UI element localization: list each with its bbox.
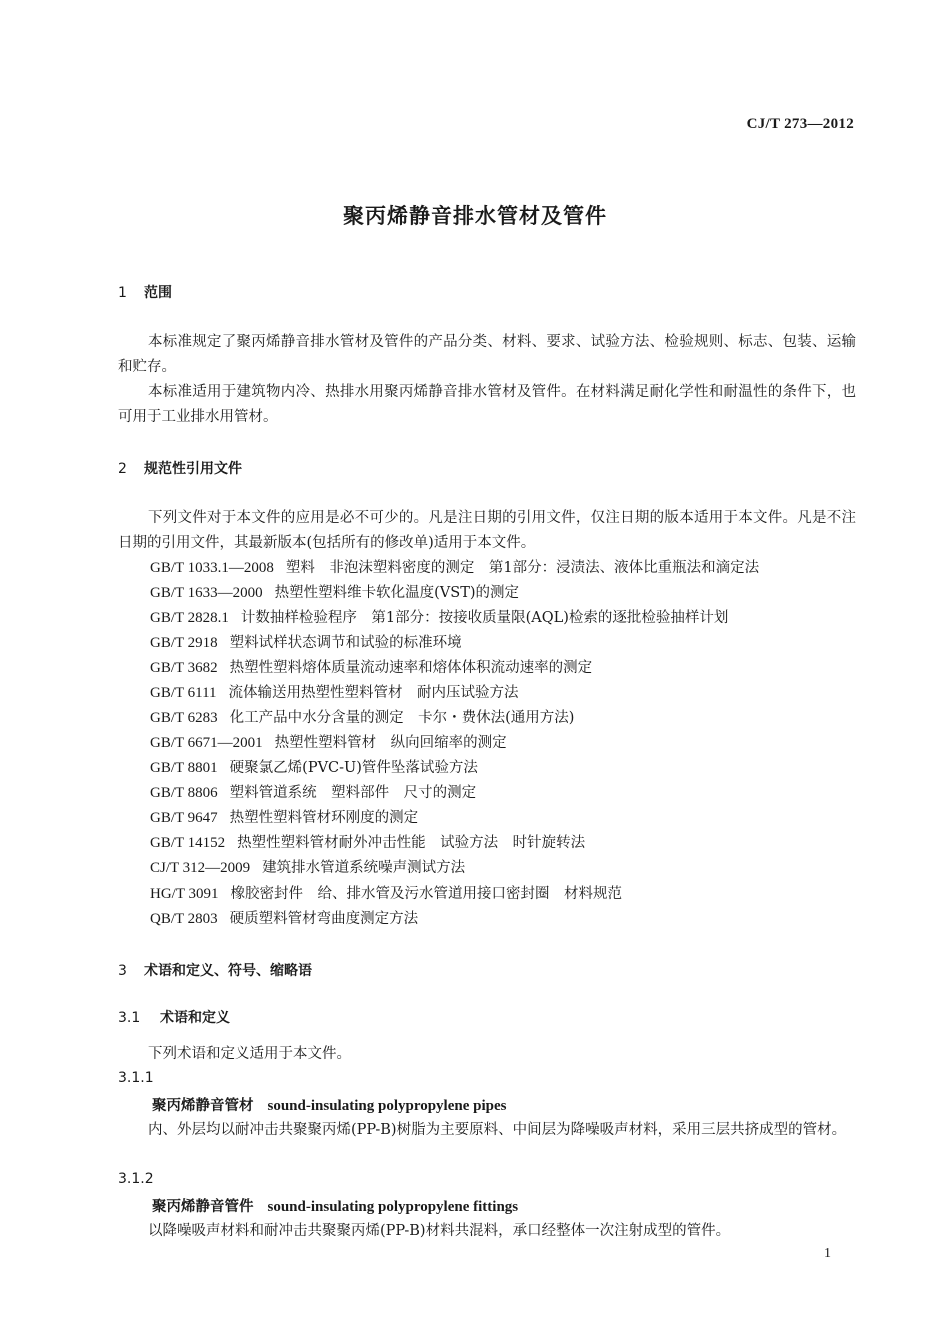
- subsection-3-1-heading: 3.1术语和定义: [118, 1007, 230, 1027]
- reference-code: GB/T 1633—2000: [150, 585, 263, 601]
- section-number: 2: [118, 461, 144, 477]
- reference-code: GB/T 6671—2001: [150, 735, 263, 751]
- reference-title: 计数抽样检验程序 第1部分：按接收质量限(AQL)检索的逐批检验抽样计划: [241, 610, 729, 626]
- term-en: sound-insulating polypropylene pipes: [268, 1098, 507, 1114]
- reference-item: QB/T 2803硬质塑料管材弯曲度测定方法: [150, 907, 418, 928]
- reference-code: QB/T 2803: [150, 911, 218, 927]
- reference-code: GB/T 8806: [150, 785, 218, 801]
- term-definition: 内、外层均以耐冲击共聚聚丙烯(PP-B)树脂为主要原料、中间层为降噪吸声材料，采…: [118, 1118, 856, 1143]
- reference-item: CJ/T 312—2009建筑排水管道系统噪声测试方法: [150, 856, 465, 877]
- page-number: 1: [824, 1246, 831, 1262]
- reference-title: 建筑排水管道系统噪声测试方法: [262, 860, 465, 876]
- paragraph: 下列术语和定义适用于本文件。: [118, 1042, 856, 1067]
- term-definition: 以降噪吸声材料和耐冲击共聚聚丙烯(PP-B)材料共混料，承口经整体一次注射成型的…: [118, 1219, 856, 1244]
- subsection-title: 术语和定义: [160, 1010, 230, 1026]
- reference-code: GB/T 14152: [150, 835, 225, 851]
- term-zh: 聚丙烯静音管件: [152, 1198, 254, 1215]
- paragraph: 本标准规定了聚丙烯静音排水管材及管件的产品分类、材料、要求、试验方法、检验规则、…: [118, 330, 856, 380]
- section-2-heading: 2规范性引用文件: [118, 458, 242, 478]
- reference-item: GB/T 14152热塑性塑料管材耐外冲击性能 试验方法 时针旋转法: [150, 831, 585, 852]
- reference-title: 化工产品中水分含量的测定 卡尔・费休法(通用方法): [230, 710, 575, 726]
- reference-item: GB/T 8806塑料管道系统 塑料部件 尺寸的测定: [150, 781, 476, 802]
- reference-title: 塑料管道系统 塑料部件 尺寸的测定: [230, 785, 477, 801]
- reference-item: GB/T 6111流体输送用热塑性塑料管材 耐内压试验方法: [150, 681, 519, 702]
- reference-code: GB/T 2918: [150, 635, 218, 651]
- reference-item: HG/T 3091橡胶密封件 给、排水管及污水管道用接口密封圈 材料规范: [150, 882, 622, 903]
- section-title: 范围: [144, 285, 172, 301]
- document-title: 聚丙烯静音排水管材及管件: [0, 200, 950, 230]
- reference-item: GB/T 1633—2000热塑性塑料维卡软化温度(VST)的测定: [150, 581, 519, 602]
- reference-title: 硬质塑料管材弯曲度测定方法: [230, 911, 419, 927]
- reference-title: 橡胶密封件 给、排水管及污水管道用接口密封圈 材料规范: [230, 886, 622, 902]
- reference-code: GB/T 2828.1: [150, 610, 229, 626]
- reference-code: GB/T 6111: [150, 685, 217, 701]
- reference-item: GB/T 8801硬聚氯乙烯(PVC-U)管件坠落试验方法: [150, 756, 478, 777]
- reference-code: GB/T 9647: [150, 810, 218, 826]
- section-1-heading: 1范围: [118, 282, 172, 302]
- reference-item: GB/T 2828.1计数抽样检验程序 第1部分：按接收质量限(AQL)检索的逐…: [150, 606, 728, 627]
- reference-code: GB/T 3682: [150, 660, 218, 676]
- reference-title: 流体输送用热塑性塑料管材 耐内压试验方法: [229, 685, 519, 701]
- reference-code: GB/T 1033.1—2008: [150, 560, 274, 576]
- clause-number: 3.1.2: [118, 1171, 154, 1187]
- term-heading: 聚丙烯静音管材sound-insulating polypropylene pi…: [152, 1094, 506, 1115]
- reference-code: GB/T 6283: [150, 710, 218, 726]
- section-number: 3: [118, 963, 144, 979]
- subsection-number: 3.1: [118, 1010, 160, 1026]
- reference-title: 塑料试样状态调节和试验的标准环境: [230, 635, 462, 651]
- reference-title: 热塑性塑料管材耐外冲击性能 试验方法 时针旋转法: [237, 835, 585, 851]
- reference-title: 热塑性塑料管材环刚度的测定: [230, 810, 419, 826]
- reference-code: HG/T 3091: [150, 886, 218, 902]
- term-heading: 聚丙烯静音管件sound-insulating polypropylene fi…: [152, 1195, 518, 1216]
- reference-item: GB/T 6671—2001热塑性塑料管材 纵向回缩率的测定: [150, 731, 507, 752]
- section-3-heading: 3术语和定义、符号、缩略语: [118, 960, 312, 980]
- paragraph: 下列文件对于本文件的应用是必不可少的。凡是注日期的引用文件，仅注日期的版本适用于…: [118, 506, 856, 556]
- reference-title: 硬聚氯乙烯(PVC-U)管件坠落试验方法: [230, 760, 478, 776]
- reference-code: CJ/T 312—2009: [150, 860, 250, 876]
- clause-number: 3.1.1: [118, 1070, 154, 1086]
- reference-item: GB/T 3682热塑性塑料熔体质量流动速率和熔体体积流动速率的测定: [150, 656, 592, 677]
- section-title: 术语和定义、符号、缩略语: [144, 963, 312, 979]
- section-title: 规范性引用文件: [144, 461, 242, 477]
- paragraph: 本标准适用于建筑物内冷、热排水用聚丙烯静音排水管材及管件。在材料满足耐化学性和耐…: [118, 380, 856, 430]
- reference-title: 热塑性塑料维卡软化温度(VST)的测定: [275, 585, 519, 601]
- reference-item: GB/T 1033.1—2008塑料 非泡沫塑料密度的测定 第1部分：浸渍法、液…: [150, 556, 759, 577]
- reference-item: GB/T 6283化工产品中水分含量的测定 卡尔・费休法(通用方法): [150, 706, 574, 727]
- section-number: 1: [118, 285, 144, 301]
- document-id: CJ/T 273—2012: [747, 116, 854, 133]
- reference-item: GB/T 9647热塑性塑料管材环刚度的测定: [150, 806, 418, 827]
- reference-item: GB/T 2918塑料试样状态调节和试验的标准环境: [150, 631, 462, 652]
- term-zh: 聚丙烯静音管材: [152, 1097, 254, 1114]
- reference-code: GB/T 8801: [150, 760, 218, 776]
- reference-title: 塑料 非泡沫塑料密度的测定 第1部分：浸渍法、液体比重瓶法和滴定法: [286, 560, 759, 576]
- reference-title: 热塑性塑料熔体质量流动速率和熔体体积流动速率的测定: [230, 660, 593, 676]
- term-en: sound-insulating polypropylene fittings: [268, 1199, 519, 1215]
- reference-title: 热塑性塑料管材 纵向回缩率的测定: [275, 735, 507, 751]
